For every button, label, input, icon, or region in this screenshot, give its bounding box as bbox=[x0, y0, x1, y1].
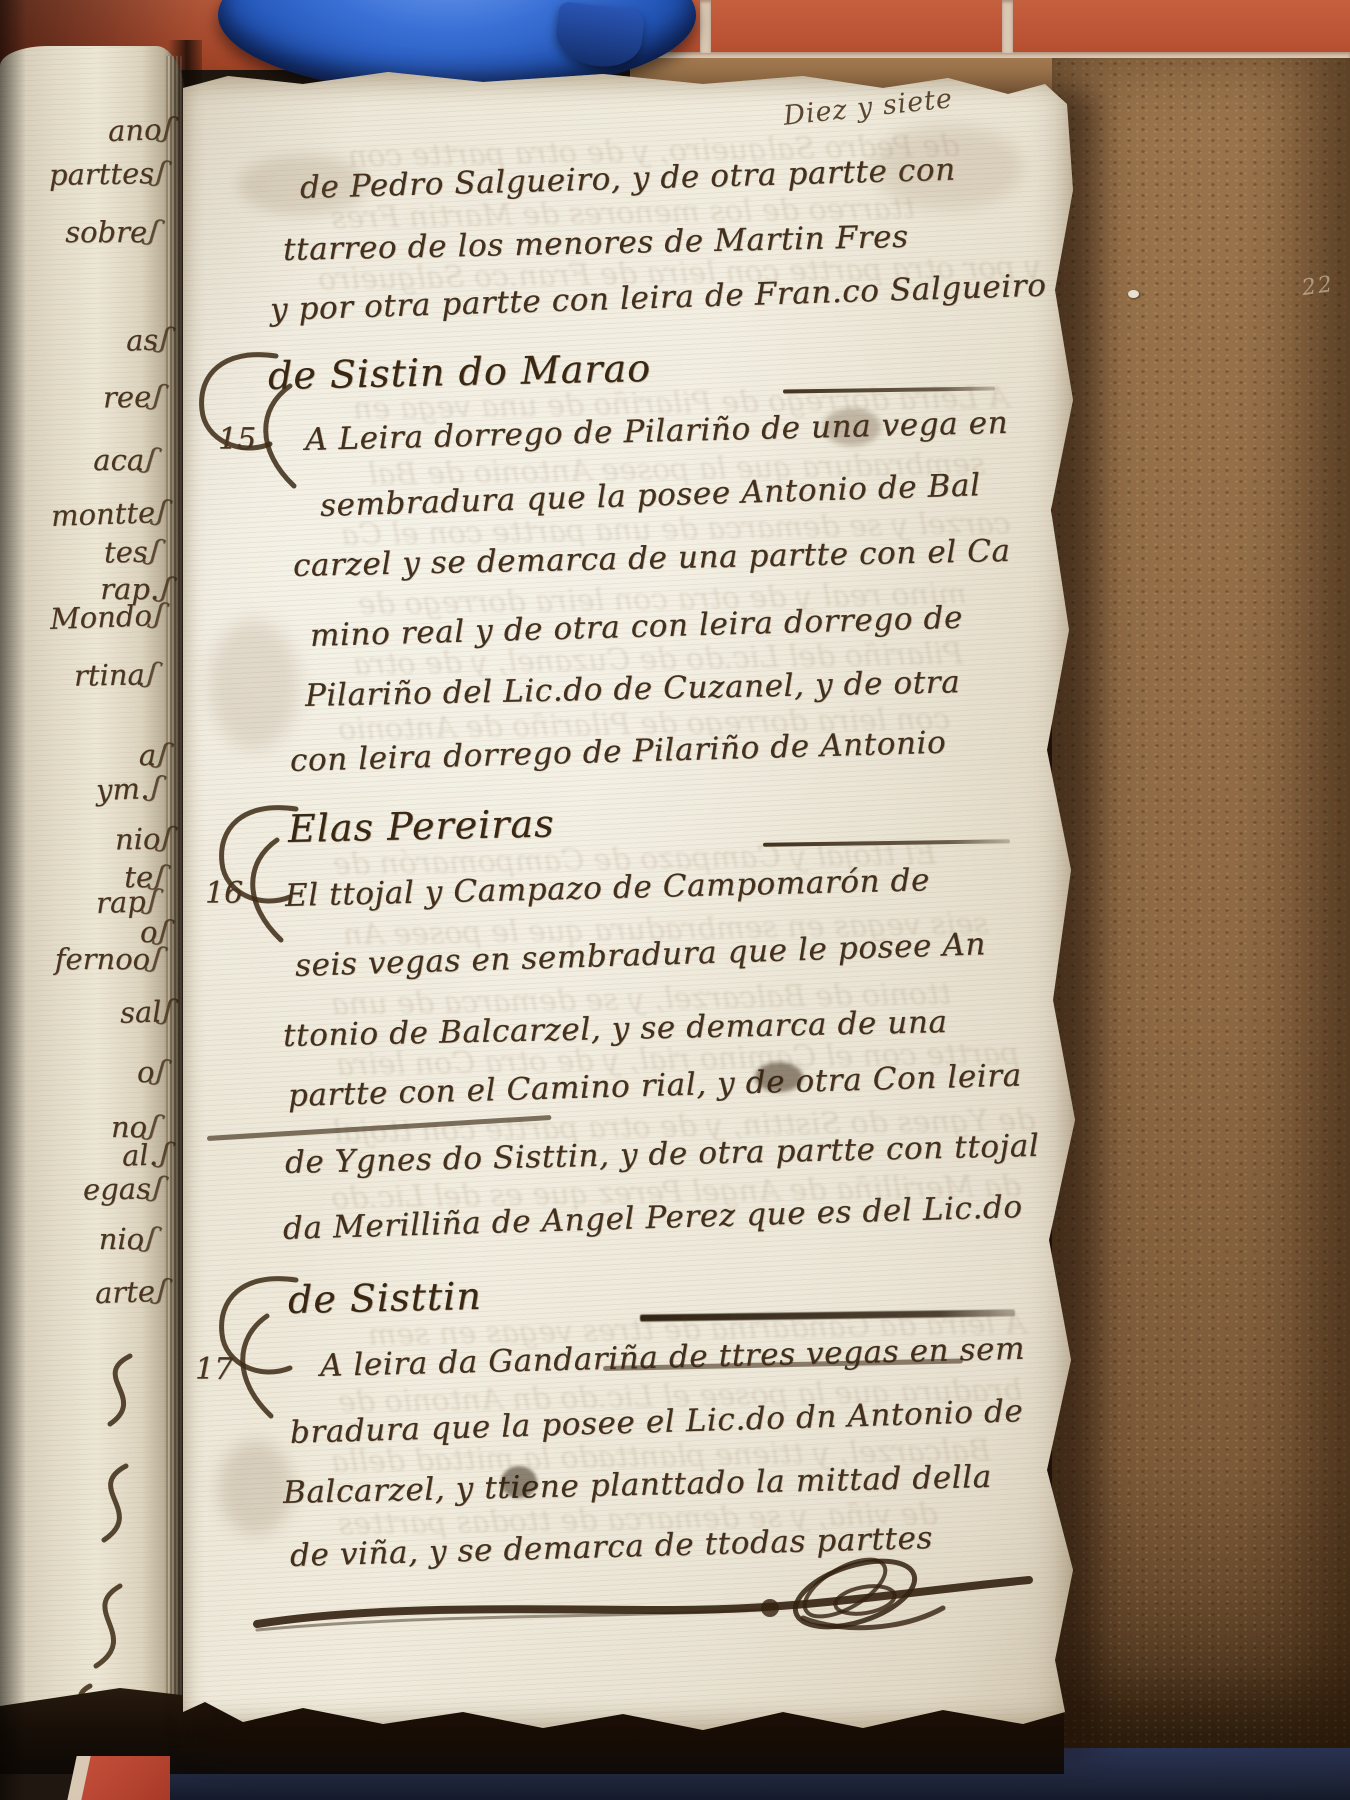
left-page-fragment: arte bbox=[95, 1274, 167, 1310]
paper-stain bbox=[209, 620, 299, 750]
left-page-fragment: ree bbox=[103, 379, 163, 414]
left-page-fragment: sobre bbox=[65, 215, 158, 249]
left-page-fragment: sal bbox=[119, 994, 172, 1030]
cork-speck bbox=[1128, 290, 1139, 298]
pencil-mark: 22 bbox=[1300, 272, 1335, 301]
entry-brace bbox=[225, 1312, 285, 1422]
floor-tile-corner bbox=[80, 1756, 170, 1800]
left-page-fragment: ano bbox=[107, 112, 172, 148]
left-page-fragment: parttes bbox=[49, 156, 166, 192]
tile-grout-vertical bbox=[700, 0, 711, 53]
left-page-fragment: o bbox=[136, 1055, 165, 1089]
left-page-fragment: ym. bbox=[95, 771, 160, 807]
left-page-fragment: tes bbox=[104, 535, 159, 570]
section-heading: de Sisttin bbox=[288, 1274, 483, 1322]
entry-brace bbox=[248, 382, 308, 492]
left-page-fragment: nio bbox=[114, 822, 171, 857]
left-page-fragment: montte bbox=[50, 495, 166, 533]
underline-and-rubric bbox=[243, 1538, 1043, 1688]
tile-grout-vertical bbox=[1002, 0, 1013, 53]
manuscript-photo: 22 anoparttessobreasreeacamonttetesrap.M… bbox=[0, 0, 1350, 1800]
left-page-fragment: as bbox=[125, 322, 169, 357]
left-page-edge: anoparttessobreasreeacamonttetesrap.Mond… bbox=[0, 46, 186, 1722]
left-page-fragment: Mondo bbox=[50, 598, 164, 636]
left-page-fragment: rtina bbox=[74, 657, 156, 692]
ink-flourish bbox=[30, 1346, 160, 1726]
manuscript-page: Diez y siete de Pedro Salgueiro, y de ot… bbox=[183, 70, 1078, 1732]
left-page-fragment: nio bbox=[99, 1222, 155, 1256]
left-page-fragment: a bbox=[139, 738, 167, 772]
folio-number: Diez y siete bbox=[782, 83, 955, 132]
paper-stain bbox=[218, 1440, 293, 1535]
left-page-fragment: fernoo bbox=[55, 942, 161, 976]
left-page-fragment: egas bbox=[83, 1171, 162, 1206]
left-page-fragment: al. bbox=[122, 1137, 170, 1173]
entry-brace bbox=[235, 836, 295, 946]
left-page-fragment: aca bbox=[93, 443, 155, 477]
